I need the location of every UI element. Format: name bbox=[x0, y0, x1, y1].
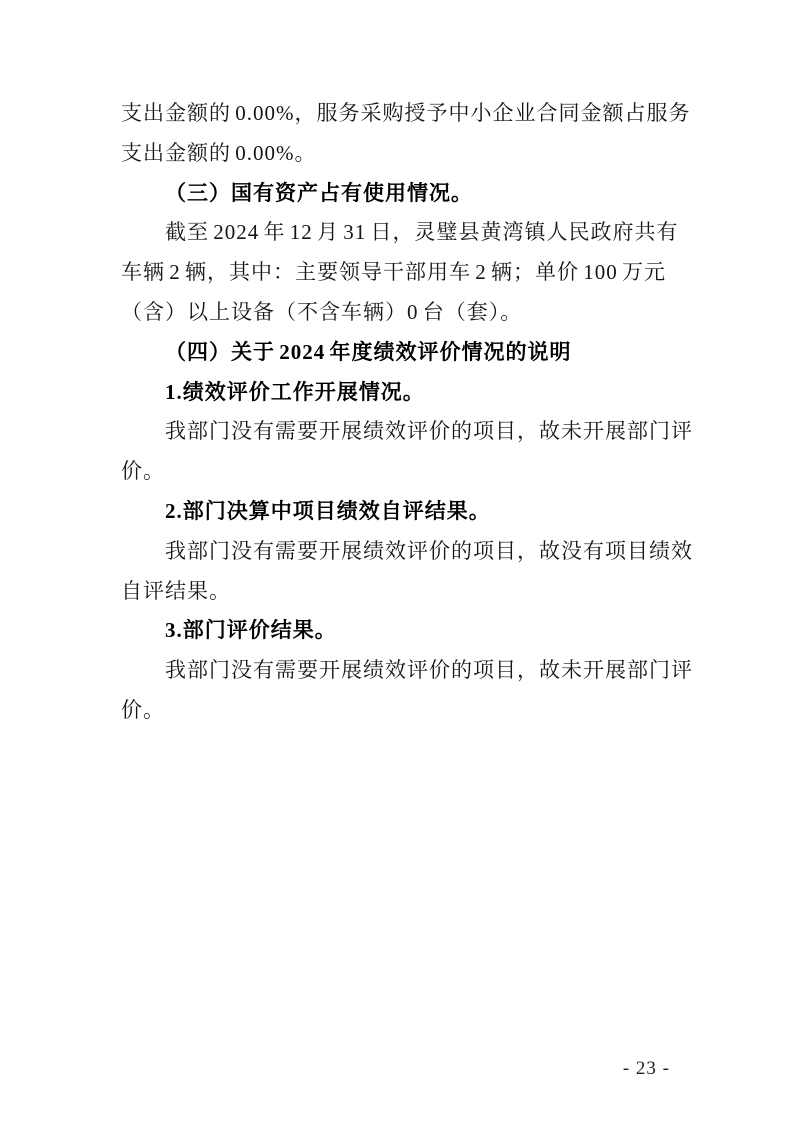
body-line: 支出金额的 0.00%。 bbox=[121, 134, 677, 174]
subsection-3-heading: 3.部门评价结果。 bbox=[121, 611, 677, 651]
subsection-2-heading: 2.部门决算中项目绩效自评结果。 bbox=[121, 492, 677, 532]
section-3-heading: （三）国有资产占有使用情况。 bbox=[121, 174, 677, 214]
section-4-heading: （四）关于 2024 年度绩效评价情况的说明 bbox=[121, 333, 677, 373]
subsection-1-heading: 1.绩效评价工作开展情况。 bbox=[121, 373, 677, 413]
document-page: 支出金额的 0.00%，服务采购授予中小企业合同金额占服务 支出金额的 0.00… bbox=[0, 0, 793, 1122]
body-line: 截至 2024 年 12 月 31 日，灵璧县黄湾镇人民政府共有 bbox=[121, 213, 677, 253]
body-line: 车辆 2 辆，其中：主要领导干部用车 2 辆；单价 100 万元 bbox=[121, 253, 677, 293]
document-text-block: 支出金额的 0.00%，服务采购授予中小企业合同金额占服务 支出金额的 0.00… bbox=[121, 94, 677, 731]
body-line: 自评结果。 bbox=[121, 572, 677, 612]
body-line: 价。 bbox=[121, 452, 677, 492]
body-line: 我部门没有需要开展绩效评价的项目，故没有项目绩效 bbox=[121, 532, 677, 572]
page-number: - 23 - bbox=[0, 1058, 670, 1080]
body-line: 价。 bbox=[121, 691, 677, 731]
body-line: （含）以上设备（不含车辆）0 台（套）。 bbox=[121, 293, 677, 333]
body-line: 我部门没有需要开展绩效评价的项目，故未开展部门评 bbox=[121, 412, 677, 452]
body-line: 支出金额的 0.00%，服务采购授予中小企业合同金额占服务 bbox=[121, 94, 677, 134]
body-line: 我部门没有需要开展绩效评价的项目，故未开展部门评 bbox=[121, 651, 677, 691]
